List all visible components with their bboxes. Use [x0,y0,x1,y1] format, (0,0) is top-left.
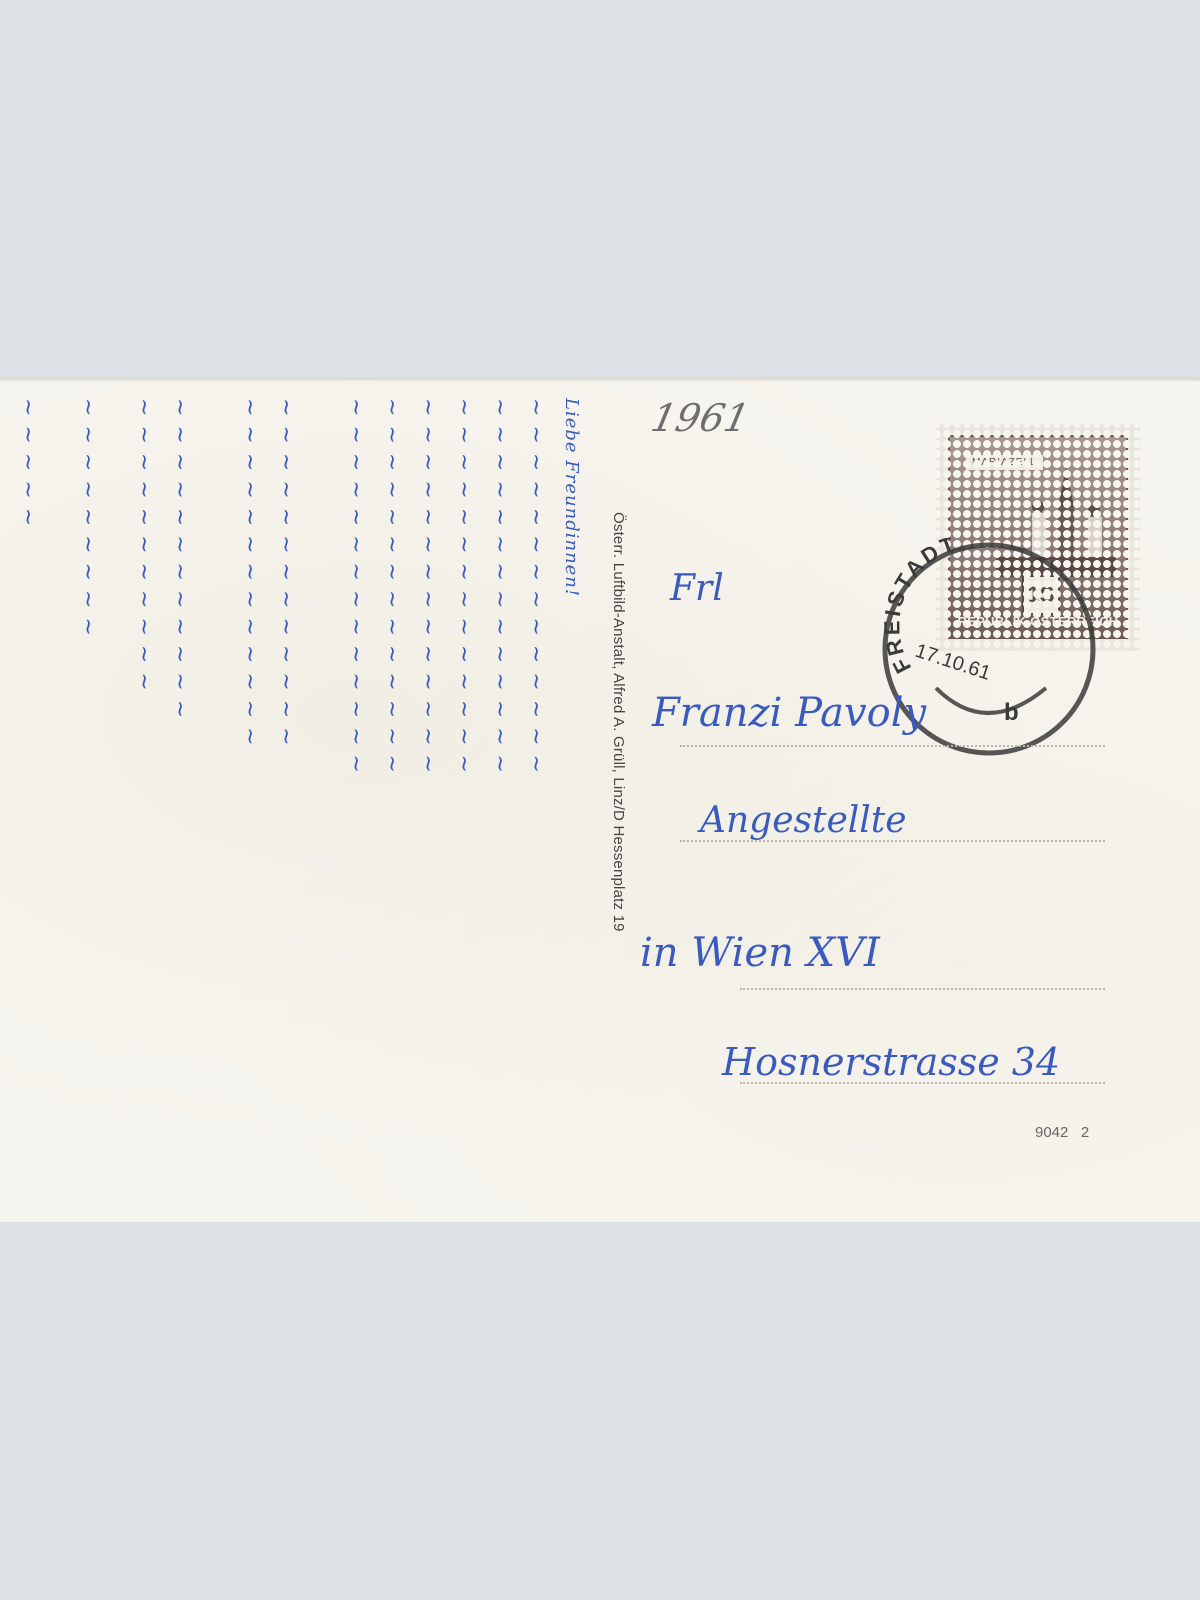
message-line: ~ ~ ~ ~ ~ ~ ~ ~ ~ ~ ~ ~ ~ ~ [523,398,548,774]
catalog-number-suffix: 2 [1081,1124,1089,1141]
address-dotted-line [680,840,1105,842]
message-line: ~ ~ ~ ~ ~ [15,398,40,527]
address-name: Franzi Pavoly [652,690,926,736]
address-city: in Wien XVI [640,930,880,976]
address-occupation: Angestellte [700,800,907,841]
message-line: ~ ~ ~ ~ ~ ~ ~ ~ ~ [75,398,100,637]
address-title: Frl [670,568,724,609]
message-salutation: Liebe Freundinnen! [561,398,582,597]
svg-text:17.10.61: 17.10.61 [912,640,993,685]
message-line: ~ ~ ~ ~ ~ ~ ~ ~ ~ ~ ~ ~ ~ ~ [415,398,440,774]
address-dotted-line [680,745,1105,747]
card-edge-shadow [0,378,1200,382]
address-dotted-line [740,988,1105,990]
address-dotted-line [740,1082,1105,1084]
publisher-imprint: Österr. Luftbild-Anstalt, Alfred A. Grül… [610,512,627,932]
message-line: ~ ~ ~ ~ ~ ~ ~ ~ ~ ~ ~ ~ [167,398,192,719]
address-street: Hosnerstrasse 34 [722,1040,1060,1084]
message-line: ~ ~ ~ ~ ~ ~ ~ ~ ~ ~ ~ ~ ~ ~ [451,398,476,774]
message-line: ~ ~ ~ ~ ~ ~ ~ ~ ~ ~ ~ [131,398,156,692]
catalog-number-main: 9042 [1035,1124,1068,1141]
message-line: ~ ~ ~ ~ ~ ~ ~ ~ ~ ~ ~ ~ ~ ~ [379,398,404,774]
message-line: ~ ~ ~ ~ ~ ~ ~ ~ ~ ~ ~ ~ ~ [237,398,262,747]
message-line: ~ ~ ~ ~ ~ ~ ~ ~ ~ ~ ~ ~ ~ ~ [487,398,512,774]
pencil-year-note: 1961 [647,396,753,440]
svg-text:b: b [1004,699,1019,726]
message-line: ~ ~ ~ ~ ~ ~ ~ ~ ~ ~ ~ ~ ~ ~ [343,398,368,774]
catalog-number: 9042 2 [1035,1124,1089,1141]
message-line: ~ ~ ~ ~ ~ ~ ~ ~ ~ ~ ~ ~ ~ [273,398,298,747]
